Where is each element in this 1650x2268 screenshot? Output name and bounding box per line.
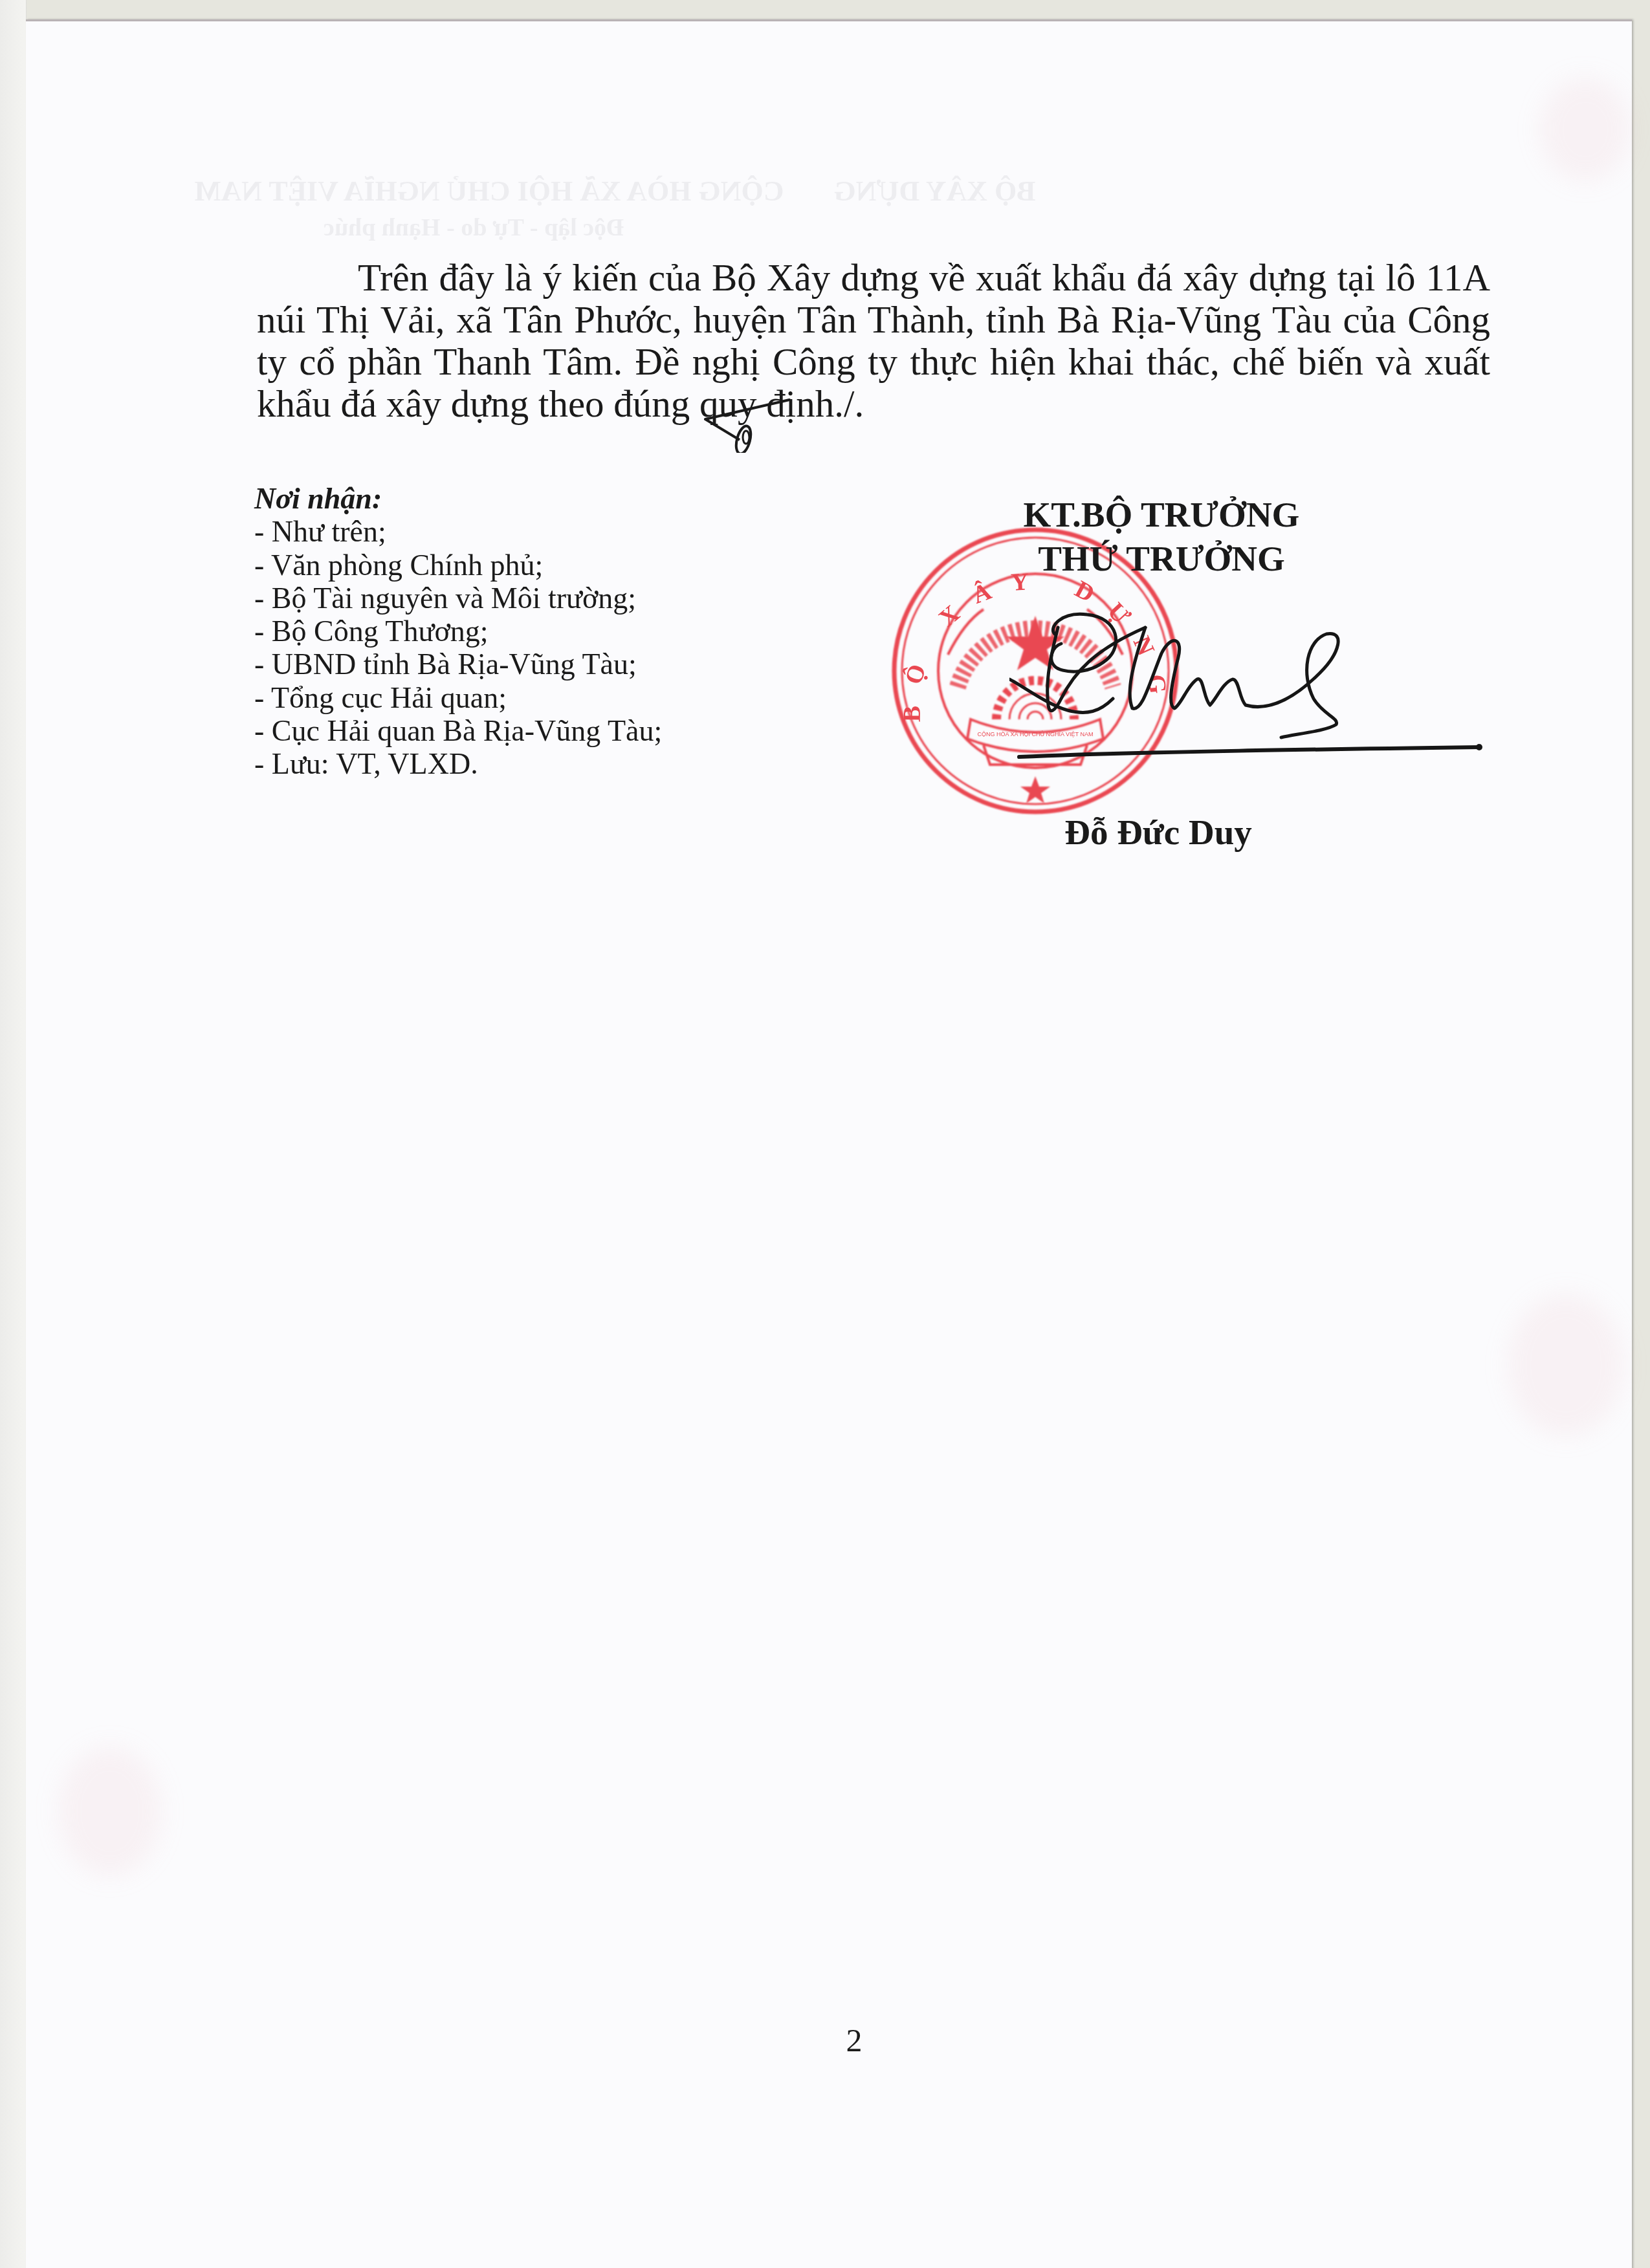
recipient-item: - Tổng cục Hải quan; — [254, 681, 662, 714]
recipient-item: - Cục Hải quan Bà Rịa-Vũng Tàu; — [254, 714, 662, 747]
scanner-edge — [0, 0, 27, 2268]
recipient-item: - Bộ Công Thương; — [254, 615, 662, 648]
recipients-block: Nơi nhận: - Như trên; - Văn phòng Chính … — [254, 482, 662, 781]
recipients-title: Nơi nhận: — [254, 482, 662, 515]
signature-title-block: KT.BỘ TRƯỞNG THỨ TRƯỞNG — [1009, 493, 1314, 581]
closing-paragraph: Trên đây là ý kiến của Bộ Xây dựng về xu… — [257, 257, 1490, 425]
signer-name: Đỗ Đức Duy — [1009, 812, 1307, 853]
recipient-item: - Lưu: VT, VLXD. — [254, 747, 662, 780]
recipient-item: - Bộ Tài nguyên và Môi trường; — [254, 582, 662, 615]
signature-title-line1: KT.BỘ TRƯỞNG — [1009, 493, 1314, 537]
handwritten-signature-icon — [1009, 602, 1501, 776]
initial-mark-icon — [702, 395, 793, 453]
signature-title-line2: THỨ TRƯỞNG — [1009, 537, 1314, 581]
smudge — [1508, 1294, 1624, 1436]
recipients-list: - Như trên; - Văn phòng Chính phủ; - Bộ … — [254, 515, 662, 780]
recipient-item: - Văn phòng Chính phủ; — [254, 549, 662, 582]
smudge — [58, 1747, 162, 1876]
recipient-item: - UBND tỉnh Bà Rịa-Vũng Tàu; — [254, 648, 662, 681]
recipient-item: - Như trên; — [254, 515, 662, 548]
page-number: 2 — [835, 2022, 874, 2059]
smudge — [1540, 78, 1631, 181]
